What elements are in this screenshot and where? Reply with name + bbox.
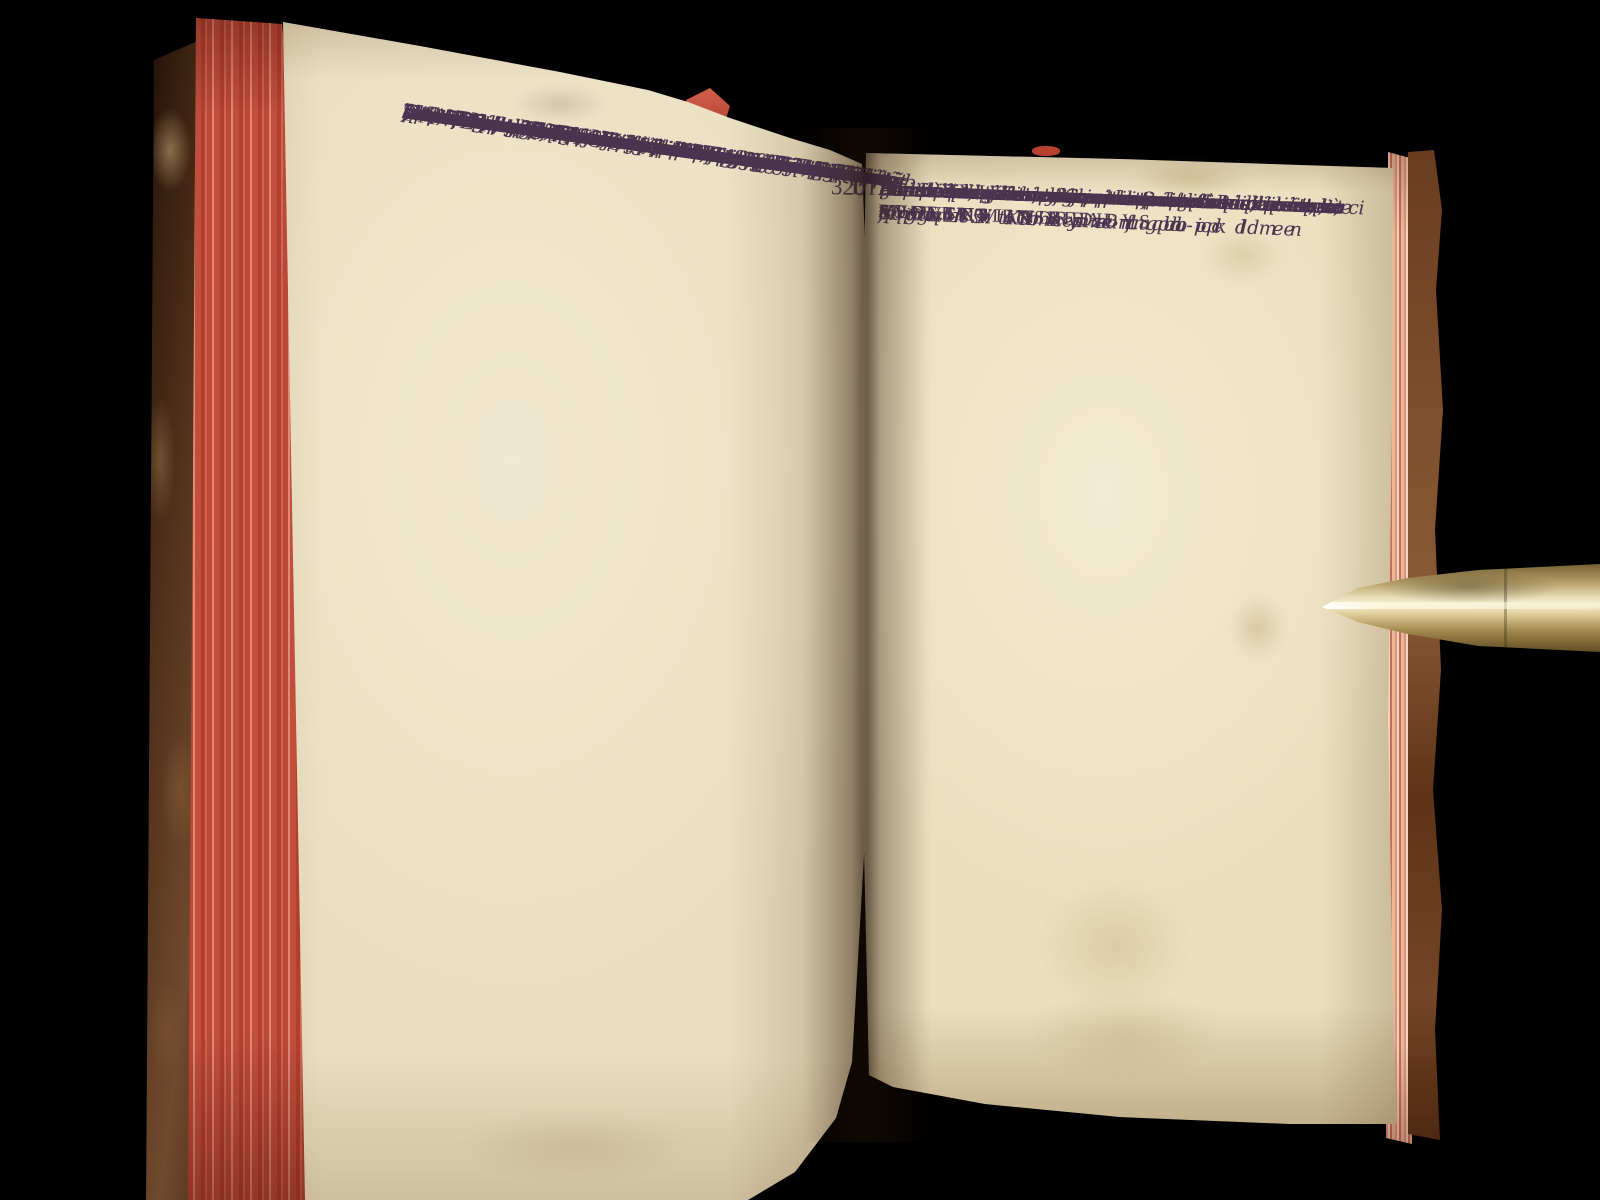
right-page [843,143,1423,1145]
right-cover-board [1408,150,1444,1146]
pen-highlight [1320,602,1600,609]
colophon-line: M. D. XVI. [878,198,1014,230]
red-edge-speck [1032,146,1060,156]
page-number: 320 [830,174,866,201]
pen-seam [1504,566,1507,652]
book-photograph: PAVLI DIACONI stus subrogatur. Hoc etiã … [0,0,1600,1200]
left-page [248,8,878,1200]
